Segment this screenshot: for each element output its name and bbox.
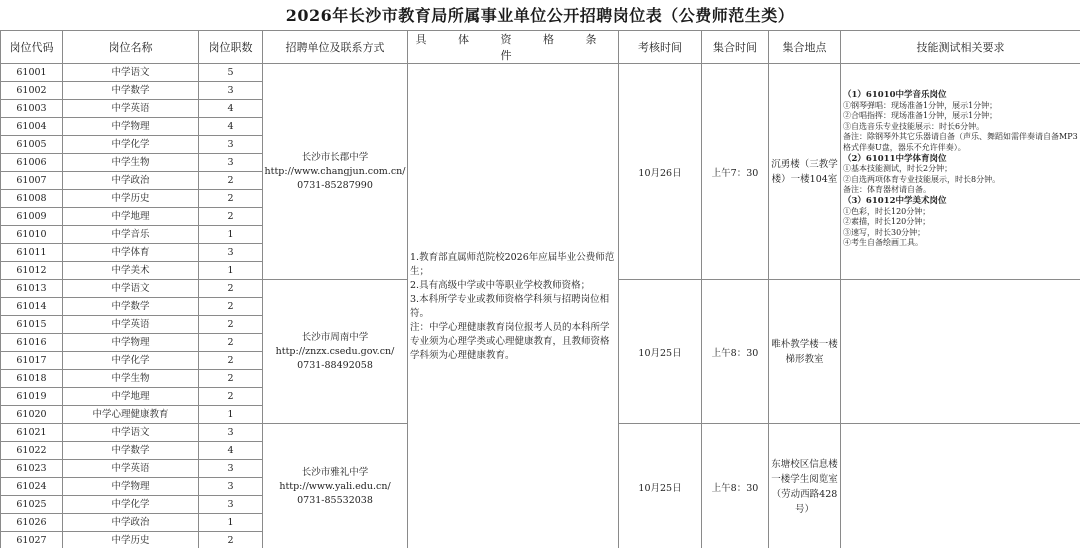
art-req-item: ④考生自备绘画工具。 xyxy=(843,238,1078,249)
position-name: 中学音乐 xyxy=(63,226,199,244)
position-name: 中学语文 xyxy=(63,64,199,82)
position-name: 中学化学 xyxy=(63,352,199,370)
position-name: 中学数学 xyxy=(63,298,199,316)
unit-name: 长沙市雅礼中学 xyxy=(263,466,407,480)
position-count: 3 xyxy=(199,424,263,442)
position-code: 61021 xyxy=(1,424,63,442)
position-count: 1 xyxy=(199,262,263,280)
pe-req-item: ②自选两项体育专业技能展示，时长8分钟。 xyxy=(843,175,1078,186)
unit-phone: 0731-88492058 xyxy=(263,359,407,373)
art-req-item: ③速写，时长30分钟； xyxy=(843,228,1078,239)
position-name: 中学地理 xyxy=(63,388,199,406)
position-name: 中学数学 xyxy=(63,442,199,460)
position-count: 4 xyxy=(199,442,263,460)
position-name: 中学历史 xyxy=(63,532,199,548)
position-name: 中学物理 xyxy=(63,118,199,136)
header-exam-date: 考核时间 xyxy=(619,31,702,64)
header-gather-time: 集合时间 xyxy=(702,31,769,64)
position-code: 61026 xyxy=(1,514,63,532)
position-name: 中学化学 xyxy=(63,496,199,514)
position-count: 3 xyxy=(199,496,263,514)
unit-url[interactable]: http://www.yali.edu.cn/ xyxy=(263,480,407,494)
art-req-title: （3）61012中学美术岗位 xyxy=(843,196,1078,207)
header-name: 岗位名称 xyxy=(63,31,199,64)
gather-place: 东塘校区信息楼一楼学生阅览室（劳动西路428号） xyxy=(769,424,841,548)
position-name: 中学语文 xyxy=(63,424,199,442)
position-count: 1 xyxy=(199,226,263,244)
qualification-conditions: 1.教育部直属师范院校2026年应届毕业公费师范生；2.具有高级中学或中等职业学… xyxy=(408,64,619,548)
gather-place: 沉勇楼（三教学楼）一楼104室 xyxy=(769,64,841,280)
position-name: 中学政治 xyxy=(63,514,199,532)
unit-name: 长沙市周南中学 xyxy=(263,331,407,345)
unit-url[interactable]: http://www.changjun.com.cn/ xyxy=(263,165,407,179)
skill-requirements-empty xyxy=(841,280,1080,424)
position-code: 61003 xyxy=(1,100,63,118)
position-name: 中学英语 xyxy=(63,316,199,334)
header-count: 岗位职数 xyxy=(199,31,263,64)
condition-2: 2.具有高级中学或中等职业学校教师资格； xyxy=(410,279,616,293)
unit-name: 长沙市长郡中学 xyxy=(263,151,407,165)
position-name: 中学物理 xyxy=(63,478,199,496)
position-name: 中学数学 xyxy=(63,82,199,100)
position-name: 中学生物 xyxy=(63,154,199,172)
position-name: 中学语文 xyxy=(63,280,199,298)
condition-1: 1.教育部直属师范院校2026年应届毕业公费师范生； xyxy=(410,251,616,279)
position-count: 2 xyxy=(199,190,263,208)
position-name: 中学物理 xyxy=(63,334,199,352)
position-count: 3 xyxy=(199,136,263,154)
page-title: 2026年长沙市教育局所属事业单位公开招聘岗位表（公费师范生类） xyxy=(0,0,1080,30)
position-code: 61005 xyxy=(1,136,63,154)
position-code: 61002 xyxy=(1,82,63,100)
position-count: 3 xyxy=(199,478,263,496)
unit-phone: 0731-85532038 xyxy=(263,494,407,508)
position-count: 4 xyxy=(199,100,263,118)
condition-3: 3.本科所学专业或教师资格学科须与招聘岗位相符。 xyxy=(410,293,616,321)
position-name: 中学英语 xyxy=(63,100,199,118)
position-code: 61010 xyxy=(1,226,63,244)
position-code: 61016 xyxy=(1,334,63,352)
position-count: 2 xyxy=(199,280,263,298)
position-name: 中学地理 xyxy=(63,208,199,226)
position-code: 61019 xyxy=(1,388,63,406)
position-count: 3 xyxy=(199,460,263,478)
position-count: 5 xyxy=(199,64,263,82)
position-code: 61007 xyxy=(1,172,63,190)
recruitment-table: 岗位代码 岗位名称 岗位职数 招聘单位及联系方式 具 体 资 格 条 件 考核时… xyxy=(0,30,1080,548)
position-code: 61014 xyxy=(1,298,63,316)
position-code: 61027 xyxy=(1,532,63,548)
table-row: 61001中学语文5长沙市长郡中学http://www.changjun.com… xyxy=(1,64,1080,82)
header-conditions: 具 体 资 格 条 件 xyxy=(408,31,619,64)
position-count: 3 xyxy=(199,244,263,262)
position-count: 3 xyxy=(199,154,263,172)
recruiting-unit: 长沙市周南中学http://znzx.csedu.gov.cn/0731-884… xyxy=(263,280,408,424)
position-code: 61020 xyxy=(1,406,63,424)
unit-url[interactable]: http://znzx.csedu.gov.cn/ xyxy=(263,345,407,359)
position-code: 61024 xyxy=(1,478,63,496)
position-code: 61017 xyxy=(1,352,63,370)
gather-place: 唯朴教学楼一楼梯形教室 xyxy=(769,280,841,424)
exam-date: 10月25日 xyxy=(619,280,702,424)
art-req-item: ②素描，时长120分钟； xyxy=(843,217,1078,228)
position-name: 中学生物 xyxy=(63,370,199,388)
position-count: 2 xyxy=(199,532,263,548)
gather-time: 上午8：30 xyxy=(702,280,769,424)
position-count: 2 xyxy=(199,316,263,334)
exam-date: 10月25日 xyxy=(619,424,702,548)
unit-phone: 0731-85287990 xyxy=(263,179,407,193)
music-req-item: 备注：除钢琴外其它乐器请自备（声乐、舞蹈如需伴奏请自备MP3格式伴奏U盘，器乐不… xyxy=(843,132,1078,153)
pe-req-item: 备注：体育器材请自备。 xyxy=(843,185,1078,196)
position-name: 中学美术 xyxy=(63,262,199,280)
position-count: 2 xyxy=(199,352,263,370)
position-count: 2 xyxy=(199,298,263,316)
position-count: 1 xyxy=(199,406,263,424)
gather-time: 上午7：30 xyxy=(702,64,769,280)
position-code: 61012 xyxy=(1,262,63,280)
position-code: 61001 xyxy=(1,64,63,82)
position-name: 中学政治 xyxy=(63,172,199,190)
position-code: 61018 xyxy=(1,370,63,388)
position-code: 61006 xyxy=(1,154,63,172)
position-name: 中学心理健康教育 xyxy=(63,406,199,424)
music-req-item: ②合唱指挥：现场准备1分钟，展示1分钟； xyxy=(843,111,1078,122)
position-name: 中学体育 xyxy=(63,244,199,262)
header-code: 岗位代码 xyxy=(1,31,63,64)
skill-requirements-empty xyxy=(841,424,1080,548)
art-req-item: ①色彩，时长120分钟； xyxy=(843,207,1078,218)
exam-date: 10月26日 xyxy=(619,64,702,280)
music-req-item: ①钢琴弹唱：现场准备1分钟，展示1分钟； xyxy=(843,101,1078,112)
header-gather-place: 集合地点 xyxy=(769,31,841,64)
position-count: 2 xyxy=(199,370,263,388)
position-code: 61022 xyxy=(1,442,63,460)
music-req-title: （1）61010中学音乐岗位 xyxy=(843,90,1078,101)
skill-requirements: （1）61010中学音乐岗位①钢琴弹唱：现场准备1分钟，展示1分钟；②合唱指挥：… xyxy=(841,64,1080,280)
position-count: 2 xyxy=(199,388,263,406)
header-unit: 招聘单位及联系方式 xyxy=(263,31,408,64)
position-count: 2 xyxy=(199,334,263,352)
pe-req-item: ①基本技能测试，时长2分钟； xyxy=(843,164,1078,175)
position-code: 61015 xyxy=(1,316,63,334)
position-name: 中学历史 xyxy=(63,190,199,208)
recruiting-unit: 长沙市长郡中学http://www.changjun.com.cn/0731-8… xyxy=(263,64,408,280)
position-code: 61013 xyxy=(1,280,63,298)
position-count: 2 xyxy=(199,208,263,226)
position-count: 1 xyxy=(199,514,263,532)
header-row: 岗位代码 岗位名称 岗位职数 招聘单位及联系方式 具 体 资 格 条 件 考核时… xyxy=(1,31,1080,64)
position-code: 61004 xyxy=(1,118,63,136)
pe-req-title: （2）61011中学体育岗位 xyxy=(843,154,1078,165)
position-code: 61011 xyxy=(1,244,63,262)
recruiting-unit: 长沙市雅礼中学http://www.yali.edu.cn/0731-85532… xyxy=(263,424,408,548)
position-name: 中学英语 xyxy=(63,460,199,478)
position-count: 3 xyxy=(199,82,263,100)
position-count: 4 xyxy=(199,118,263,136)
header-skill-req: 技能测试相关要求 xyxy=(841,31,1080,64)
condition-note: 注：中学心理健康教育岗位报考人员的本科所学专业须为心理学类或心理健康教育，且教师… xyxy=(410,321,616,363)
position-code: 61009 xyxy=(1,208,63,226)
gather-time: 上午8：30 xyxy=(702,424,769,548)
position-count: 2 xyxy=(199,172,263,190)
music-req-item: ③自选音乐专业技能展示：时长6分钟。 xyxy=(843,122,1078,133)
position-name: 中学化学 xyxy=(63,136,199,154)
position-code: 61025 xyxy=(1,496,63,514)
position-code: 61023 xyxy=(1,460,63,478)
position-code: 61008 xyxy=(1,190,63,208)
